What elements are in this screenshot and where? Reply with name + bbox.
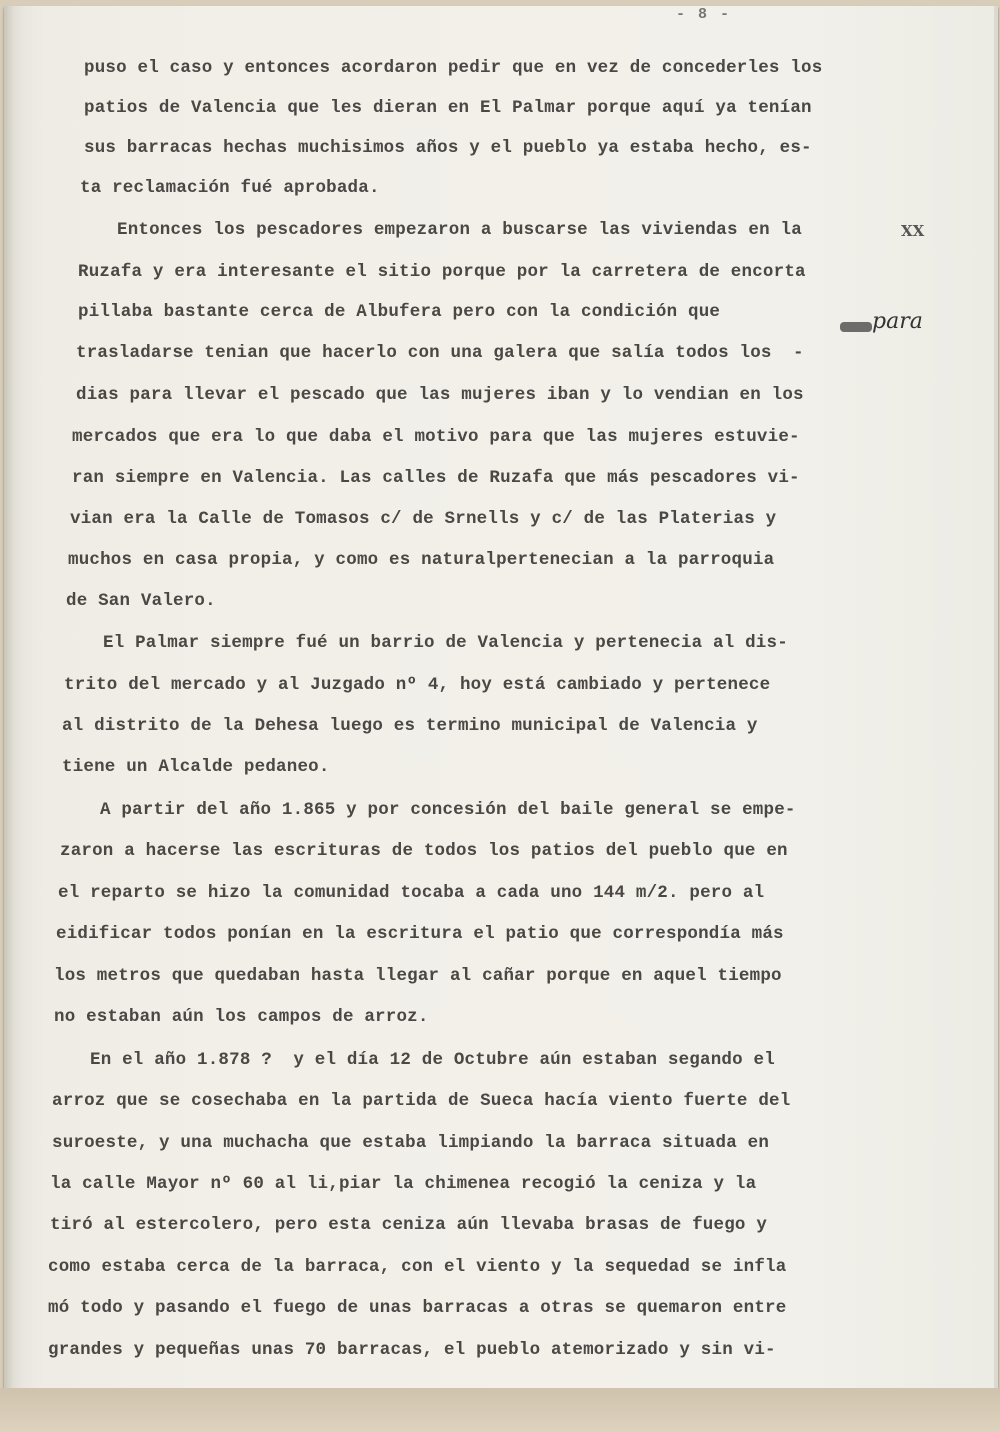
text-line: de San Valero. (66, 591, 216, 611)
text-line: trito del mercado y al Juzgado nº 4, hoy… (64, 675, 770, 695)
scan-background (0, 1388, 1000, 1431)
text-line: pillaba bastante cerca de Albufera pero … (78, 302, 720, 322)
text-line: ta reclamación fué aprobada. (80, 178, 380, 198)
text-line: El Palmar siempre fué un barrio de Valen… (103, 633, 788, 653)
text-line: muchos en casa propia, y como es natural… (68, 550, 774, 570)
handwritten-annotation: para (872, 309, 923, 334)
struck-out-word (840, 322, 872, 332)
text-line: patios de Valencia que les dieran en El … (84, 98, 812, 118)
text-line: tiró al estercolero, pero esta ceniza aú… (50, 1215, 767, 1235)
text-line: Ruzafa y era interesante el sitio porque… (78, 262, 806, 282)
text-line: trasladarse tenian que hacerlo con una g… (76, 343, 804, 363)
typewritten-text-body: puso el caso y entonces acordaron pedir … (4, 6, 998, 1388)
text-line: A partir del año 1.865 y por concesión d… (100, 800, 796, 820)
text-line: vian era la Calle de Tomasos c/ de Srnel… (70, 509, 776, 529)
text-line: los metros que quedaban hasta llegar al … (54, 966, 782, 986)
text-line: ran siempre en Valencia. Las calles de R… (72, 468, 800, 488)
text-line: el reparto se hizo la comunidad tocaba a… (58, 883, 764, 903)
text-line: grandes y pequeñas unas 70 barracas, el … (48, 1340, 776, 1360)
text-line: mercados que era lo que daba el motivo p… (72, 427, 800, 447)
text-line: Entonces los pescadores empezaron a busc… (117, 220, 802, 240)
text-line: tiene un Alcalde pedaneo. (62, 757, 330, 777)
text-line: arroz que se cosechaba en la partida de … (52, 1091, 790, 1111)
text-line: al distrito de la Dehesa luego es termin… (62, 716, 758, 736)
text-line: mó todo y pasando el fuego de unas barra… (48, 1298, 786, 1318)
text-line: suroeste, y una muchacha que estaba limp… (52, 1133, 769, 1153)
text-line: como estaba cerca de la barraca, con el … (48, 1257, 786, 1277)
text-line: sus barracas hechas muchisimos años y el… (84, 138, 812, 158)
text-line: puso el caso y entonces acordaron pedir … (84, 58, 822, 78)
text-line: dias para llevar el pescado que las muje… (76, 385, 804, 405)
text-line: En el año 1.878 ? y el día 12 de Octubre… (90, 1050, 775, 1070)
text-line: la calle Mayor nº 60 al li,piar la chime… (50, 1174, 756, 1194)
text-line: eidificar todos ponían en la escritura e… (56, 924, 784, 944)
text-line: zaron a hacerse las escrituras de todos … (60, 841, 788, 861)
document-page: - 8 - puso el caso y entonces acordaron … (4, 6, 998, 1388)
text-line: no estaban aún los campos de arroz. (54, 1007, 429, 1027)
struck-annotation-top: XX (901, 222, 924, 240)
